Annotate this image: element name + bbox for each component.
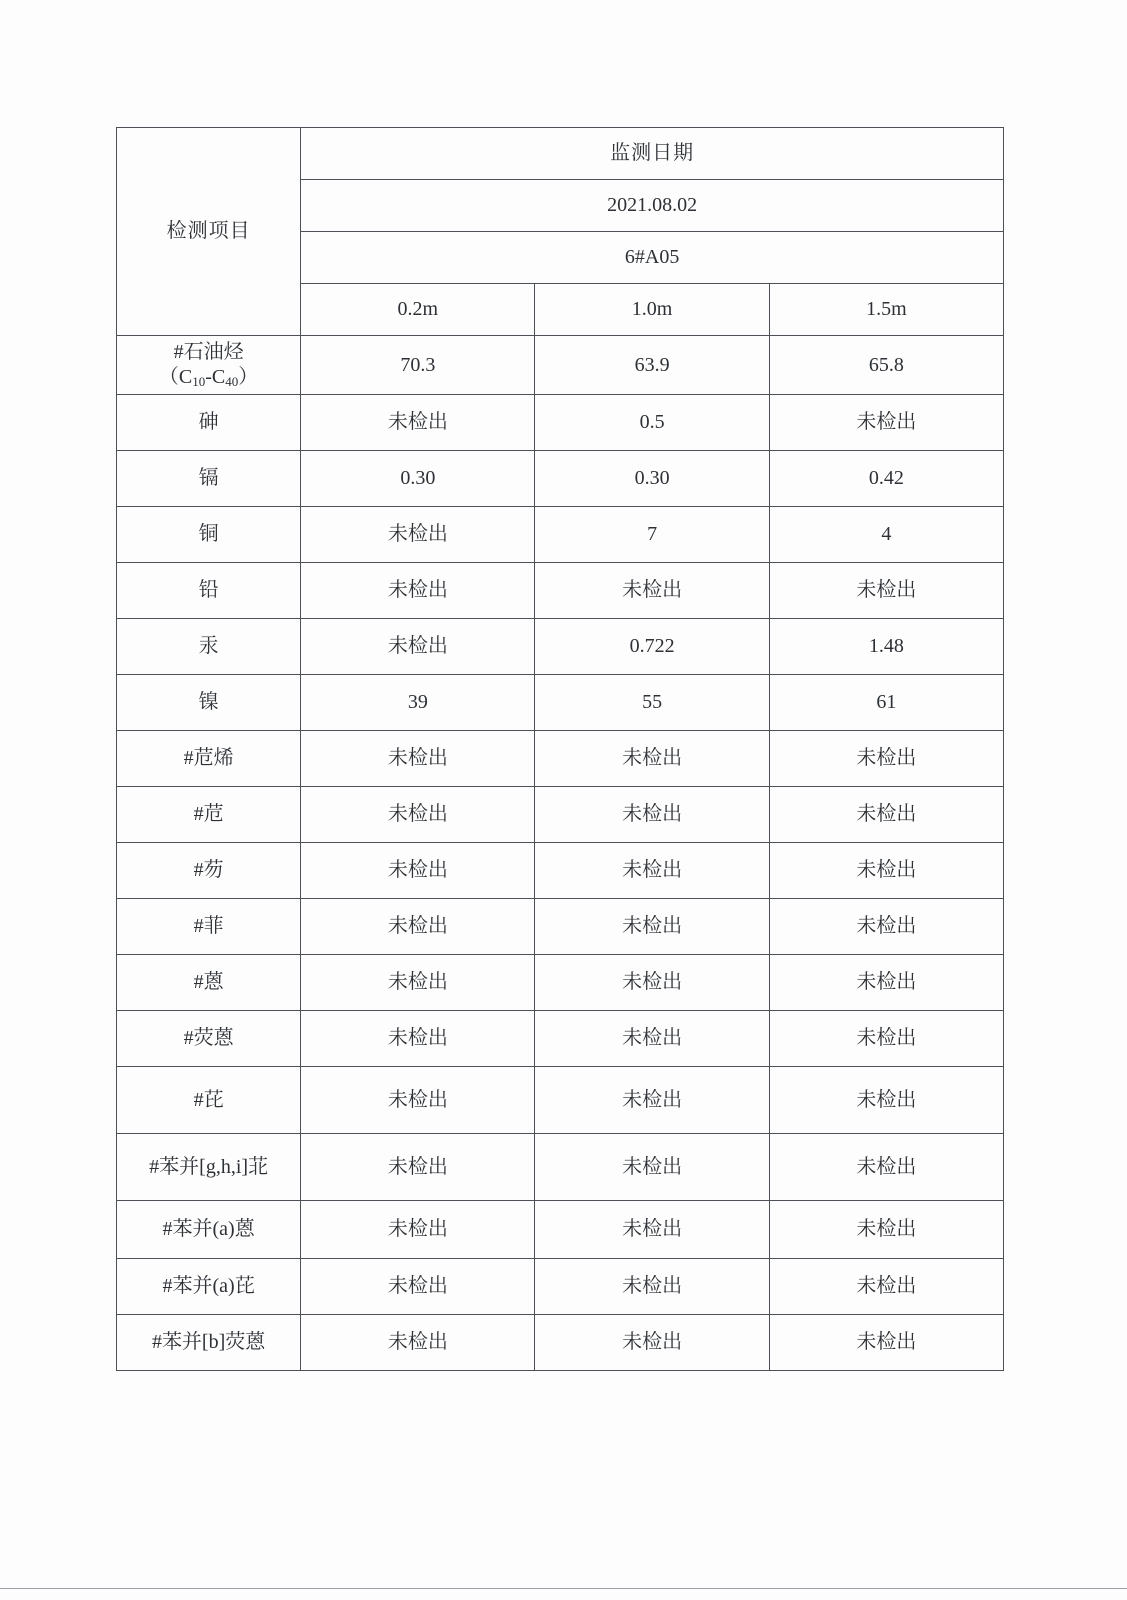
value-cell: 0.30 <box>535 451 769 507</box>
table-row: #荧蒽 未检出 未检出 未检出 <box>117 1011 1004 1067</box>
value-cell: 未检出 <box>769 1134 1003 1201</box>
value-cell: 7 <box>535 507 769 563</box>
value-cell: 未检出 <box>301 1315 535 1371</box>
value-cell: 未检出 <box>301 563 535 619</box>
value-cell: 未检出 <box>769 1315 1003 1371</box>
value-cell: 未检出 <box>301 1011 535 1067</box>
item-cell: #芴 <box>117 843 301 899</box>
value-cell: 未检出 <box>301 1259 535 1315</box>
item-cell: #苯并[b]荧蒽 <box>117 1315 301 1371</box>
value-cell: 未检出 <box>769 1259 1003 1315</box>
value-cell: 0.5 <box>535 395 769 451</box>
page-bottom-rule <box>0 1588 1127 1589</box>
item-cell: #苯并(a)芘 <box>117 1259 301 1315</box>
item-column-header: 检测项目 <box>117 128 301 336</box>
item-name: #石油烃 <box>117 340 300 365</box>
table-row: #苯并[g,h,i]苝 未检出 未检出 未检出 <box>117 1134 1004 1201</box>
range-prefix: （C <box>159 366 192 388</box>
range-sub-end: 40 <box>225 374 238 389</box>
value-cell: 未检出 <box>769 955 1003 1011</box>
table-row: 铅 未检出 未检出 未检出 <box>117 563 1004 619</box>
depth-header: 0.2m <box>301 284 535 336</box>
value-cell: 未检出 <box>769 1201 1003 1259</box>
item-cell: 汞 <box>117 619 301 675</box>
item-cell: #苯并[g,h,i]苝 <box>117 1134 301 1201</box>
table-row: 砷 未检出 0.5 未检出 <box>117 395 1004 451</box>
value-cell: 55 <box>535 675 769 731</box>
table-row: #苯并(a)蒽 未检出 未检出 未检出 <box>117 1201 1004 1259</box>
value-cell: 未检出 <box>769 1067 1003 1134</box>
value-cell: 未检出 <box>301 1201 535 1259</box>
depth-header: 1.5m <box>769 284 1003 336</box>
table-row: 镉 0.30 0.30 0.42 <box>117 451 1004 507</box>
value-cell: 未检出 <box>301 1067 535 1134</box>
document-page: 检测项目 监测日期 2021.08.02 6#A05 0.2m 1.0m 1.5… <box>0 0 1127 1600</box>
range-suffix: ） <box>238 366 258 388</box>
table-row: 汞 未检出 0.722 1.48 <box>117 619 1004 675</box>
value-cell: 未检出 <box>301 955 535 1011</box>
value-cell: 65.8 <box>769 336 1003 395</box>
item-cell: #蒽 <box>117 955 301 1011</box>
monitor-date-header: 监测日期 <box>301 128 1004 180</box>
range-sub-start: 10 <box>192 374 205 389</box>
value-cell: 未检出 <box>769 899 1003 955</box>
sample-point-value: 6#A05 <box>301 232 1004 284</box>
value-cell: 0.722 <box>535 619 769 675</box>
header-row-monitor-date: 检测项目 监测日期 <box>117 128 1004 180</box>
depth-header: 1.0m <box>535 284 769 336</box>
table-row: #芘 未检出 未检出 未检出 <box>117 1067 1004 1134</box>
item-cell: #石油烃 （C10-C40） <box>117 336 301 395</box>
value-cell: 未检出 <box>769 731 1003 787</box>
value-cell: 未检出 <box>301 395 535 451</box>
value-cell: 未检出 <box>535 899 769 955</box>
value-cell: 未检出 <box>769 787 1003 843</box>
table-row: #石油烃 （C10-C40） 70.3 63.9 65.8 <box>117 336 1004 395</box>
value-cell: 1.48 <box>769 619 1003 675</box>
value-cell: 未检出 <box>535 787 769 843</box>
item-cell: 镉 <box>117 451 301 507</box>
value-cell: 未检出 <box>301 899 535 955</box>
value-cell: 未检出 <box>301 843 535 899</box>
value-cell: 4 <box>769 507 1003 563</box>
table-row: #苊烯 未检出 未检出 未检出 <box>117 731 1004 787</box>
value-cell: 61 <box>769 675 1003 731</box>
item-cell: #苊 <box>117 787 301 843</box>
value-cell: 未检出 <box>535 1067 769 1134</box>
value-cell: 未检出 <box>769 843 1003 899</box>
value-cell: 未检出 <box>535 1259 769 1315</box>
value-cell: 未检出 <box>535 955 769 1011</box>
item-cell: 铅 <box>117 563 301 619</box>
value-cell: 未检出 <box>301 731 535 787</box>
item-cell: #芘 <box>117 1067 301 1134</box>
table-row: #苊 未检出 未检出 未检出 <box>117 787 1004 843</box>
table-row: #芴 未检出 未检出 未检出 <box>117 843 1004 899</box>
value-cell: 未检出 <box>535 1315 769 1371</box>
value-cell: 未检出 <box>535 731 769 787</box>
value-cell: 未检出 <box>301 1134 535 1201</box>
item-cell: #苯并(a)蒽 <box>117 1201 301 1259</box>
value-cell: 未检出 <box>301 507 535 563</box>
table-row: 镍 39 55 61 <box>117 675 1004 731</box>
table-row: #蒽 未检出 未检出 未检出 <box>117 955 1004 1011</box>
range-mid: -C <box>205 366 225 388</box>
value-cell: 未检出 <box>535 1011 769 1067</box>
item-cell: 铜 <box>117 507 301 563</box>
value-cell: 未检出 <box>535 1201 769 1259</box>
table-row: #苯并[b]荧蒽 未检出 未检出 未检出 <box>117 1315 1004 1371</box>
date-value: 2021.08.02 <box>301 180 1004 232</box>
item-cell: #荧蒽 <box>117 1011 301 1067</box>
table-row: 铜 未检出 7 4 <box>117 507 1004 563</box>
value-cell: 未检出 <box>301 787 535 843</box>
item-carbon-range: （C10-C40） <box>117 365 300 390</box>
monitoring-results-table: 检测项目 监测日期 2021.08.02 6#A05 0.2m 1.0m 1.5… <box>116 127 1004 1371</box>
item-cell: #菲 <box>117 899 301 955</box>
value-cell: 未检出 <box>535 563 769 619</box>
item-cell: 砷 <box>117 395 301 451</box>
value-cell: 未检出 <box>535 1134 769 1201</box>
value-cell: 0.42 <box>769 451 1003 507</box>
value-cell: 未检出 <box>769 1011 1003 1067</box>
value-cell: 70.3 <box>301 336 535 395</box>
value-cell: 未检出 <box>301 619 535 675</box>
table-row: #苯并(a)芘 未检出 未检出 未检出 <box>117 1259 1004 1315</box>
value-cell: 39 <box>301 675 535 731</box>
item-cell: 镍 <box>117 675 301 731</box>
value-cell: 未检出 <box>769 395 1003 451</box>
value-cell: 0.30 <box>301 451 535 507</box>
table-row: #菲 未检出 未检出 未检出 <box>117 899 1004 955</box>
value-cell: 未检出 <box>769 563 1003 619</box>
value-cell: 63.9 <box>535 336 769 395</box>
item-cell: #苊烯 <box>117 731 301 787</box>
value-cell: 未检出 <box>535 843 769 899</box>
